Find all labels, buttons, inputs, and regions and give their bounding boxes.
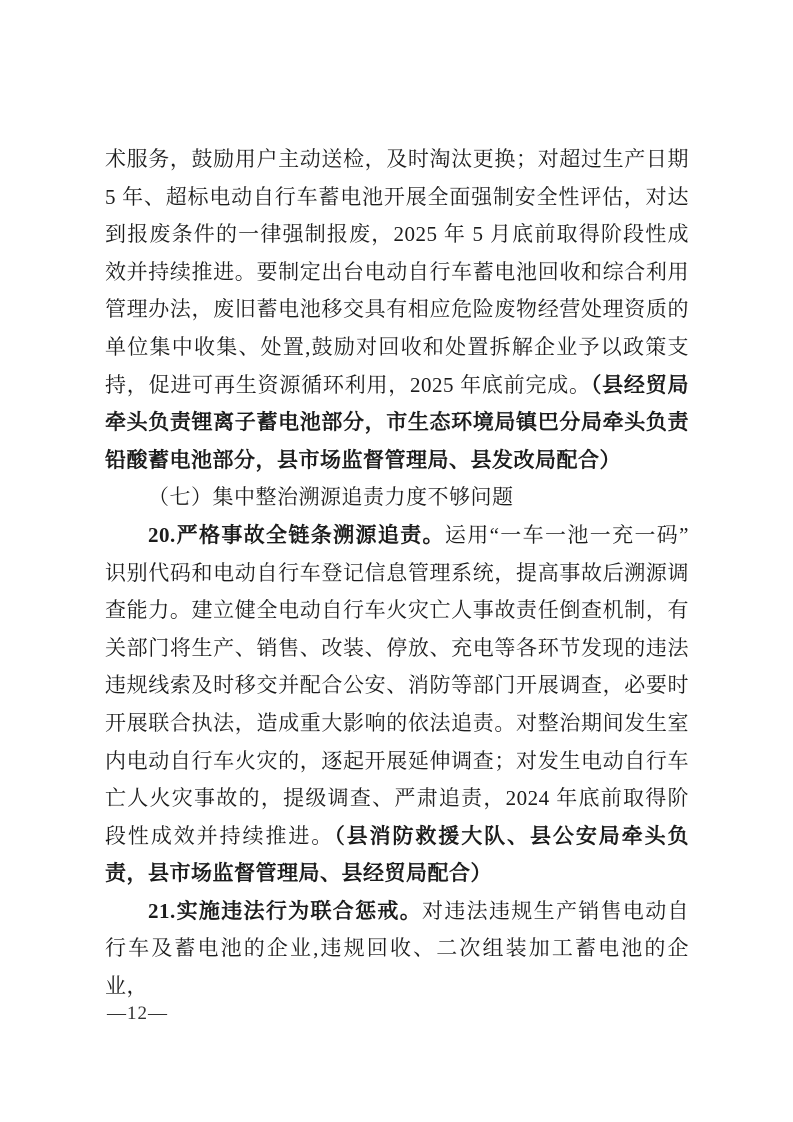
text-run: 运用“一车一池一充一码”识别代码和电动自行车登记信息管理系统，提高事故后溯源调查… (105, 523, 689, 848)
document-page: 术服务，鼓励用户主动送检，及时淘汰更换；对超过生产日期 5 年、超标电动自行车蓄… (0, 0, 793, 1122)
text-run: （七）集中整治溯源追责力度不够问题 (148, 485, 514, 509)
bold-text-run: 20.严格事故全链条溯源追责。 (148, 523, 445, 547)
bold-text-run: 21.实施违法行为联合惩戒。 (148, 899, 422, 923)
text-run: 术服务，鼓励用户主动送检，及时淘汰更换；对超过生产日期 5 年、超标电动自行车蓄… (105, 147, 689, 397)
section-heading-7: （七）集中整治溯源追责力度不够问题 (105, 479, 689, 517)
document-body: 术服务，鼓励用户主动送检，及时淘汰更换；对超过生产日期 5 年、超标电动自行车蓄… (105, 141, 689, 1006)
paragraph-continuation: 术服务，鼓励用户主动送检，及时淘汰更换；对超过生产日期 5 年、超标电动自行车蓄… (105, 141, 689, 479)
page-number: —12— (107, 1000, 168, 1028)
paragraph-item-20: 20.严格事故全链条溯源追责。运用“一车一池一充一码”识别代码和电动自行车登记信… (105, 517, 689, 893)
paragraph-item-21: 21.实施违法行为联合惩戒。对违法违规生产销售电动自行车及蓄电池的企业,违规回收… (105, 893, 689, 1006)
